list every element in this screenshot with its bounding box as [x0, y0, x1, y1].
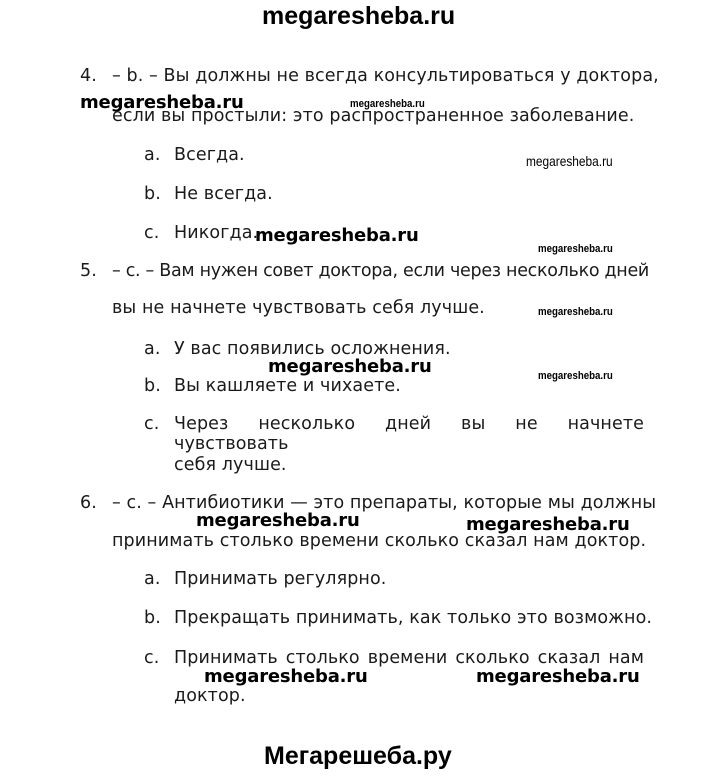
- option-letter: a.: [144, 145, 161, 165]
- option-letter: c.: [144, 223, 159, 243]
- header-watermark: megaresheba.ru: [262, 2, 455, 31]
- option-text: Никогда.: [174, 223, 258, 243]
- option-letter: a.: [144, 569, 161, 589]
- watermark: megaresheba.ru: [538, 306, 613, 318]
- question-5-answer-line2: вы не начнете чувствовать себя лучше.: [112, 298, 485, 318]
- question-6-answer-line2: принимать столько времени сколько сказал…: [112, 531, 646, 551]
- option-text-cont: себя лучше.: [174, 455, 287, 475]
- question-6-number: 6.: [80, 493, 97, 513]
- watermark: megaresheba.ru: [538, 243, 613, 255]
- watermark: megaresheba.ru: [476, 666, 640, 687]
- option-letter: b.: [144, 184, 161, 204]
- option-letter: c.: [144, 414, 159, 434]
- question-6-answer-line1: – c. – Антибиотики — это препараты, кото…: [112, 493, 656, 513]
- watermark: megaresheba.ru: [538, 370, 613, 382]
- option-text: Через несколько дней вы не начнете чувст…: [174, 414, 644, 454]
- question-5-answer-line1: – c. – Вам нужен совет доктора, если чер…: [112, 261, 649, 281]
- question-4-answer-line1: – b. – Вы должны не всегда консультирова…: [112, 66, 659, 86]
- option-text: Принимать столько времени сколько сказал…: [174, 648, 644, 668]
- watermark: megaresheba.ru: [196, 510, 360, 531]
- option-letter: c.: [144, 648, 159, 668]
- watermark: megaresheba.ru: [268, 356, 432, 377]
- option-letter: b.: [144, 608, 161, 628]
- option-letter: b.: [144, 376, 161, 396]
- option-text: Принимать регулярно.: [174, 569, 386, 589]
- option-text: Всегда.: [174, 145, 245, 165]
- option-letter: a.: [144, 339, 161, 359]
- watermark: megaresheba.ru: [255, 225, 419, 246]
- watermark: megaresheba.ru: [204, 666, 368, 687]
- option-text: Не всегда.: [174, 184, 273, 204]
- question-4-number: 4.: [80, 66, 97, 86]
- question-4-answer-line2: если вы простыли: это распространенное з…: [112, 106, 634, 126]
- option-text-cont: доктор.: [174, 686, 246, 706]
- watermark: megaresheba.ru: [526, 153, 613, 169]
- option-text: Прекращать принимать, как только это воз…: [174, 608, 652, 628]
- option-text: Вы кашляете и чихаете.: [174, 376, 401, 396]
- footer-watermark: Мегарешеба.ру: [264, 742, 452, 771]
- question-5-number: 5.: [80, 261, 97, 281]
